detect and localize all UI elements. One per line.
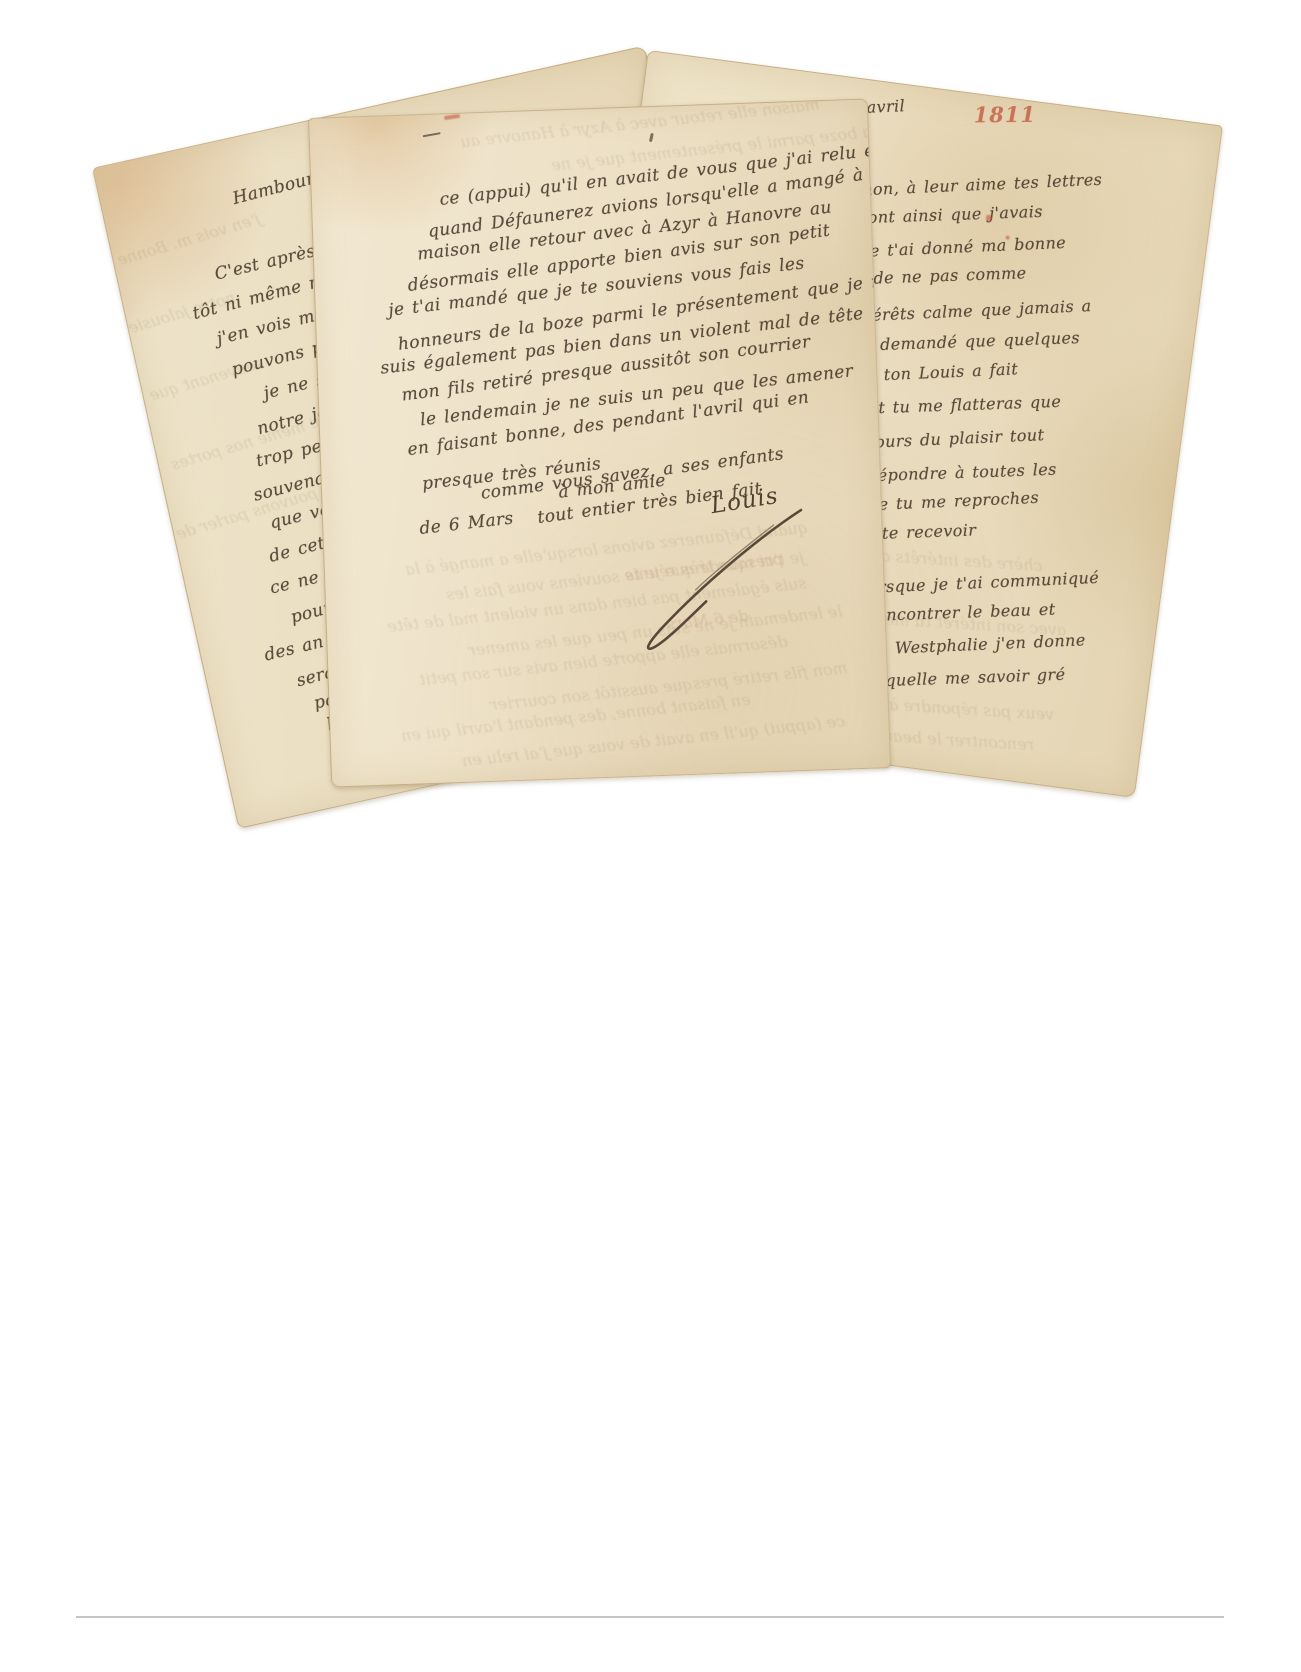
bleed-line: souvenant que (147, 353, 266, 405)
pen-dash-mark (423, 132, 441, 137)
foxing-spot (986, 215, 993, 222)
handwriting-line: laquelle me savoir gré (870, 665, 1066, 691)
red-edge-mark (444, 114, 460, 120)
closing-line: de 6 Mars (418, 508, 514, 539)
year-mark-red: 1811 (974, 102, 1037, 128)
pen-tick-mark (649, 133, 654, 142)
handwriting-line: lorsque je t'ai communiqué (862, 568, 1099, 597)
footer-divider (76, 1616, 1224, 1618)
letter-center-paper: maison elle retour avec à Azyr à Hanovre… (308, 98, 891, 787)
letters-photo: Hambourg le C'est après d'aujourd'hui tô… (0, 0, 1301, 872)
handwriting-line: des an (262, 632, 326, 666)
handwriting-line: ce ne (268, 567, 321, 598)
